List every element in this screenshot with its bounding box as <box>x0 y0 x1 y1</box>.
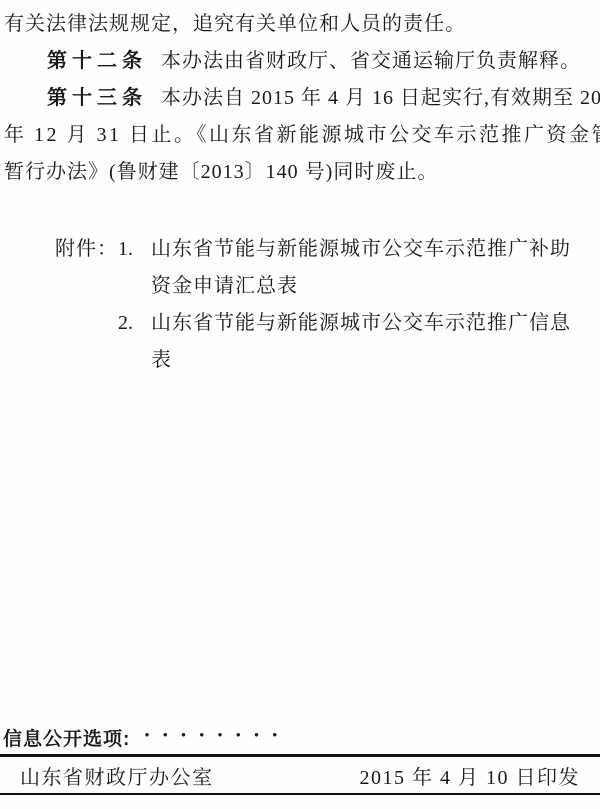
disclosure-row: 信息公开选项: •••••••• <box>0 720 600 754</box>
attachment-1-text: 山东省节能与新能源城市公交车示范推广补助 资金申请汇总表 <box>151 231 571 305</box>
document-footer: 信息公开选项: •••••••• 山东省财政厅办公室 2015 年 4 月 10… <box>0 720 600 809</box>
article-13-line-3: 暂行办法》(鲁财建〔2013〕140 号)同时废止。 <box>4 154 595 191</box>
article-12: 第十二条本办法由省财政厅、省交通运输厅负责解释。 <box>4 43 595 80</box>
attachment-1-line-2: 资金申请汇总表 <box>151 268 571 305</box>
document-body: 有关法律法规规定，追究有关单位和人员的责任。 第十二条本办法由省财政厅、省交通运… <box>0 0 600 379</box>
print-date: 2015 年 4 月 10 日印发 <box>360 761 581 790</box>
issuer-name: 山东省财政厅办公室 <box>20 761 214 790</box>
disclosure-label: 信息公开选项: <box>3 724 130 751</box>
footer-spacer <box>0 795 600 809</box>
attachment-item-1: 1. 山东省节能与新能源城市公交车示范推广补助 资金申请汇总表 <box>118 231 571 305</box>
attachments-block: 附件： 1. 山东省节能与新能源城市公交车示范推广补助 资金申请汇总表 2. 山… <box>55 231 595 379</box>
document-page: 有关法律法规规定，追究有关单位和人员的责任。 第十二条本办法由省财政厅、省交通运… <box>0 0 600 809</box>
attachment-2-text: 山东省节能与新能源城市公交车示范推广信息 表 <box>151 305 571 379</box>
attachment-2-line-2: 表 <box>151 342 571 379</box>
article-13-term: 第十三条 <box>47 87 147 109</box>
attachment-2-line-1: 山东省节能与新能源城市公交车示范推广信息 <box>151 305 571 342</box>
attachments-label: 附件： <box>55 231 118 379</box>
issuer-row: 山东省财政厅办公室 2015 年 4 月 10 日印发 <box>0 757 600 793</box>
paragraph-continuation: 有关法律法规规定，追究有关单位和人员的责任。 <box>4 6 595 43</box>
article-13-line-2: 年 12 月 31 日止。《山东省新能源城市公交车示范推广资金管理 <box>4 117 595 154</box>
attachment-2-number: 2. <box>118 305 151 379</box>
attachment-1-number: 1. <box>118 231 151 305</box>
disclosure-dots: •••••••• <box>144 728 290 745</box>
article-12-text: 本办法由省财政厅、省交通运输厅负责解释。 <box>161 50 581 72</box>
article-13-text: 本办法自 2015 年 4 月 16 日起实行,有效期至 2016 <box>161 87 600 109</box>
attachment-item-2: 2. 山东省节能与新能源城市公交车示范推广信息 表 <box>118 305 571 379</box>
attachments-list: 1. 山东省节能与新能源城市公交车示范推广补助 资金申请汇总表 2. 山东省节能… <box>118 231 571 379</box>
article-12-term: 第十二条 <box>47 50 147 72</box>
attachment-1-line-1: 山东省节能与新能源城市公交车示范推广补助 <box>151 231 571 268</box>
article-13-line-1: 第十三条本办法自 2015 年 4 月 16 日起实行,有效期至 2016 <box>4 80 595 117</box>
